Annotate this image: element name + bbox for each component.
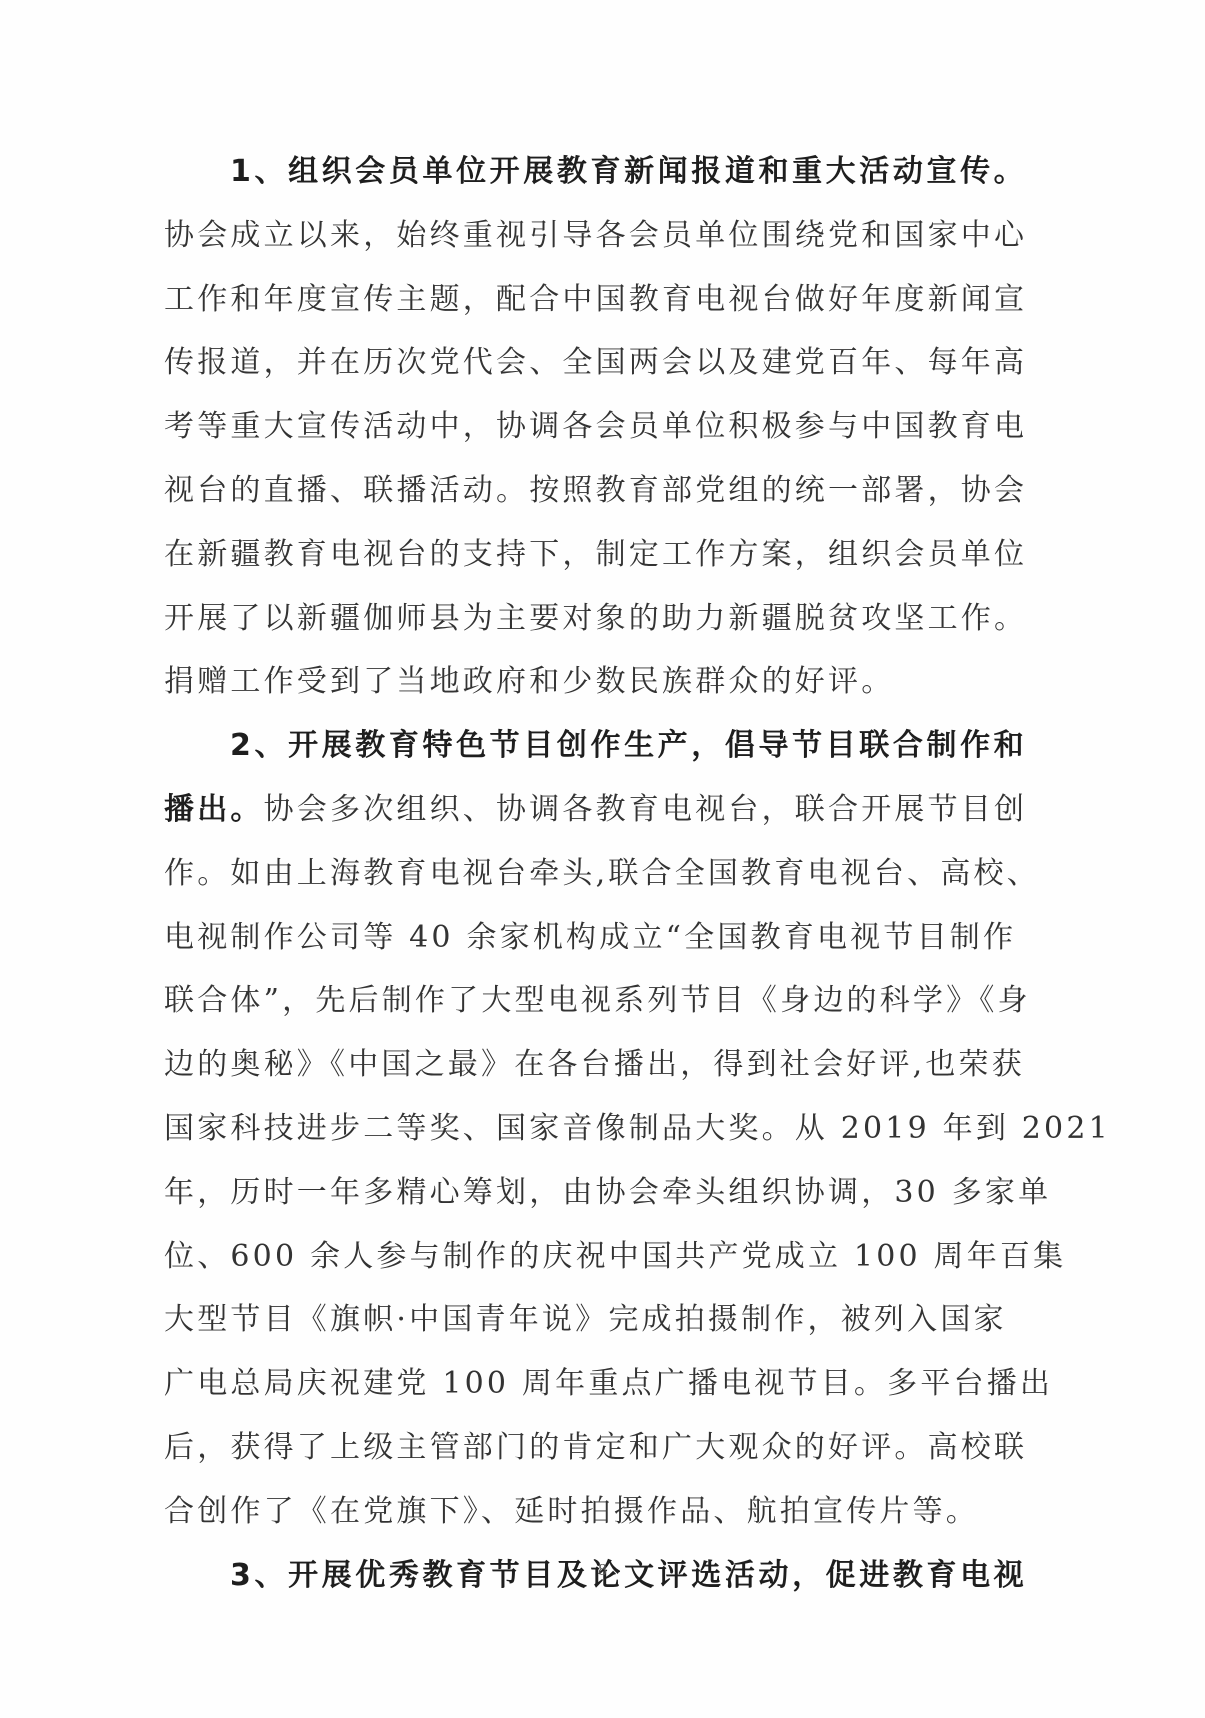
paragraph-line: 视台的直播、联播活动。按照教育部党组的统一部署，协会 (164, 459, 1034, 523)
section-2-heading-continuation: 播出。协会多次组织、协调各教育电视台，联合开展节目创 (164, 778, 1034, 842)
paragraph-line: 联合体”，先后制作了大型电视系列节目《身边的科学》《身 (164, 969, 1034, 1033)
paragraph-line: 考等重大宣传活动中，协调各会员单位积极参与中国教育电 (164, 395, 1034, 459)
paragraph-line: 合创作了《在党旗下》、延时拍摄作品、航拍宣传片等。 (164, 1480, 1034, 1544)
paragraph-line: 捐赠工作受到了当地政府和少数民族群众的好评。 (164, 650, 1034, 714)
section-2-heading-tail: 播出。 (164, 792, 264, 827)
document-body: 1、组织会员单位开展教育新闻报道和重大活动宣传。 协会成立以来，始终重视引导各会… (164, 140, 1034, 1607)
paragraph-line: 边的奥秘》《中国之最》在各台播出，得到社会好评,也荣获 (164, 1033, 1034, 1097)
paragraph-line: 工作和年度宣传主题，配合中国教育电视台做好年度新闻宣 (164, 268, 1034, 332)
paragraph-line: 位、600 余人参与制作的庆祝中国共产党成立 100 周年百集 (164, 1225, 1034, 1289)
paragraph-line: 后，获得了上级主管部门的肯定和广大观众的好评。高校联 (164, 1416, 1034, 1480)
paragraph-line: 年，历时一年多精心筹划，由协会牵头组织协调，30 多家单 (164, 1161, 1034, 1225)
paragraph-line: 作。如由上海教育电视台牵头,联合全国教育电视台、高校、 (164, 842, 1034, 906)
paragraph-line: 大型节目《旗帜·中国青年说》完成拍摄制作，被列入国家 (164, 1288, 1034, 1352)
paragraph-line: 开展了以新疆伽师县为主要对象的助力新疆脱贫攻坚工作。 (164, 587, 1034, 651)
paragraph-line: 在新疆教育电视台的支持下，制定工作方案，组织会员单位 (164, 523, 1034, 587)
paragraph-line: 传报道，并在历次党代会、全国两会以及建党百年、每年高 (164, 331, 1034, 395)
paragraph-line: 协会成立以来，始终重视引导各会员单位围绕党和国家中心 (164, 204, 1034, 268)
section-1-heading: 1、组织会员单位开展教育新闻报道和重大活动宣传。 (164, 140, 1034, 204)
section-2-heading: 2、开展教育特色节目创作生产，倡导节目联合制作和 (164, 714, 1034, 778)
page-number: 8 (0, 1560, 1205, 1580)
paragraph-line: 电视制作公司等 40 余家机构成立“全国教育电视节目制作 (164, 906, 1034, 970)
paragraph-line: 国家科技进步二等奖、国家音像制品大奖。从 2019 年到 2021 (164, 1097, 1034, 1161)
document-page: 1、组织会员单位开展教育新闻报道和重大活动宣传。 协会成立以来，始终重视引导各会… (0, 0, 1205, 1718)
paragraph-text: 协会多次组织、协调各教育电视台，联合开展节目创 (264, 792, 1028, 827)
paragraph-line: 广电总局庆祝建党 100 周年重点广播电视节目。多平台播出 (164, 1352, 1034, 1416)
